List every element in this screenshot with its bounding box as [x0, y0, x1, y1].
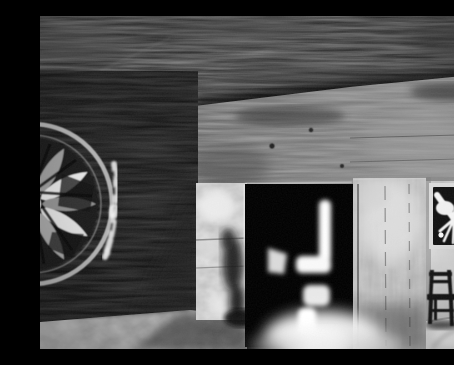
bunker-photograph	[40, 16, 454, 349]
vignette-overlay	[40, 16, 454, 349]
